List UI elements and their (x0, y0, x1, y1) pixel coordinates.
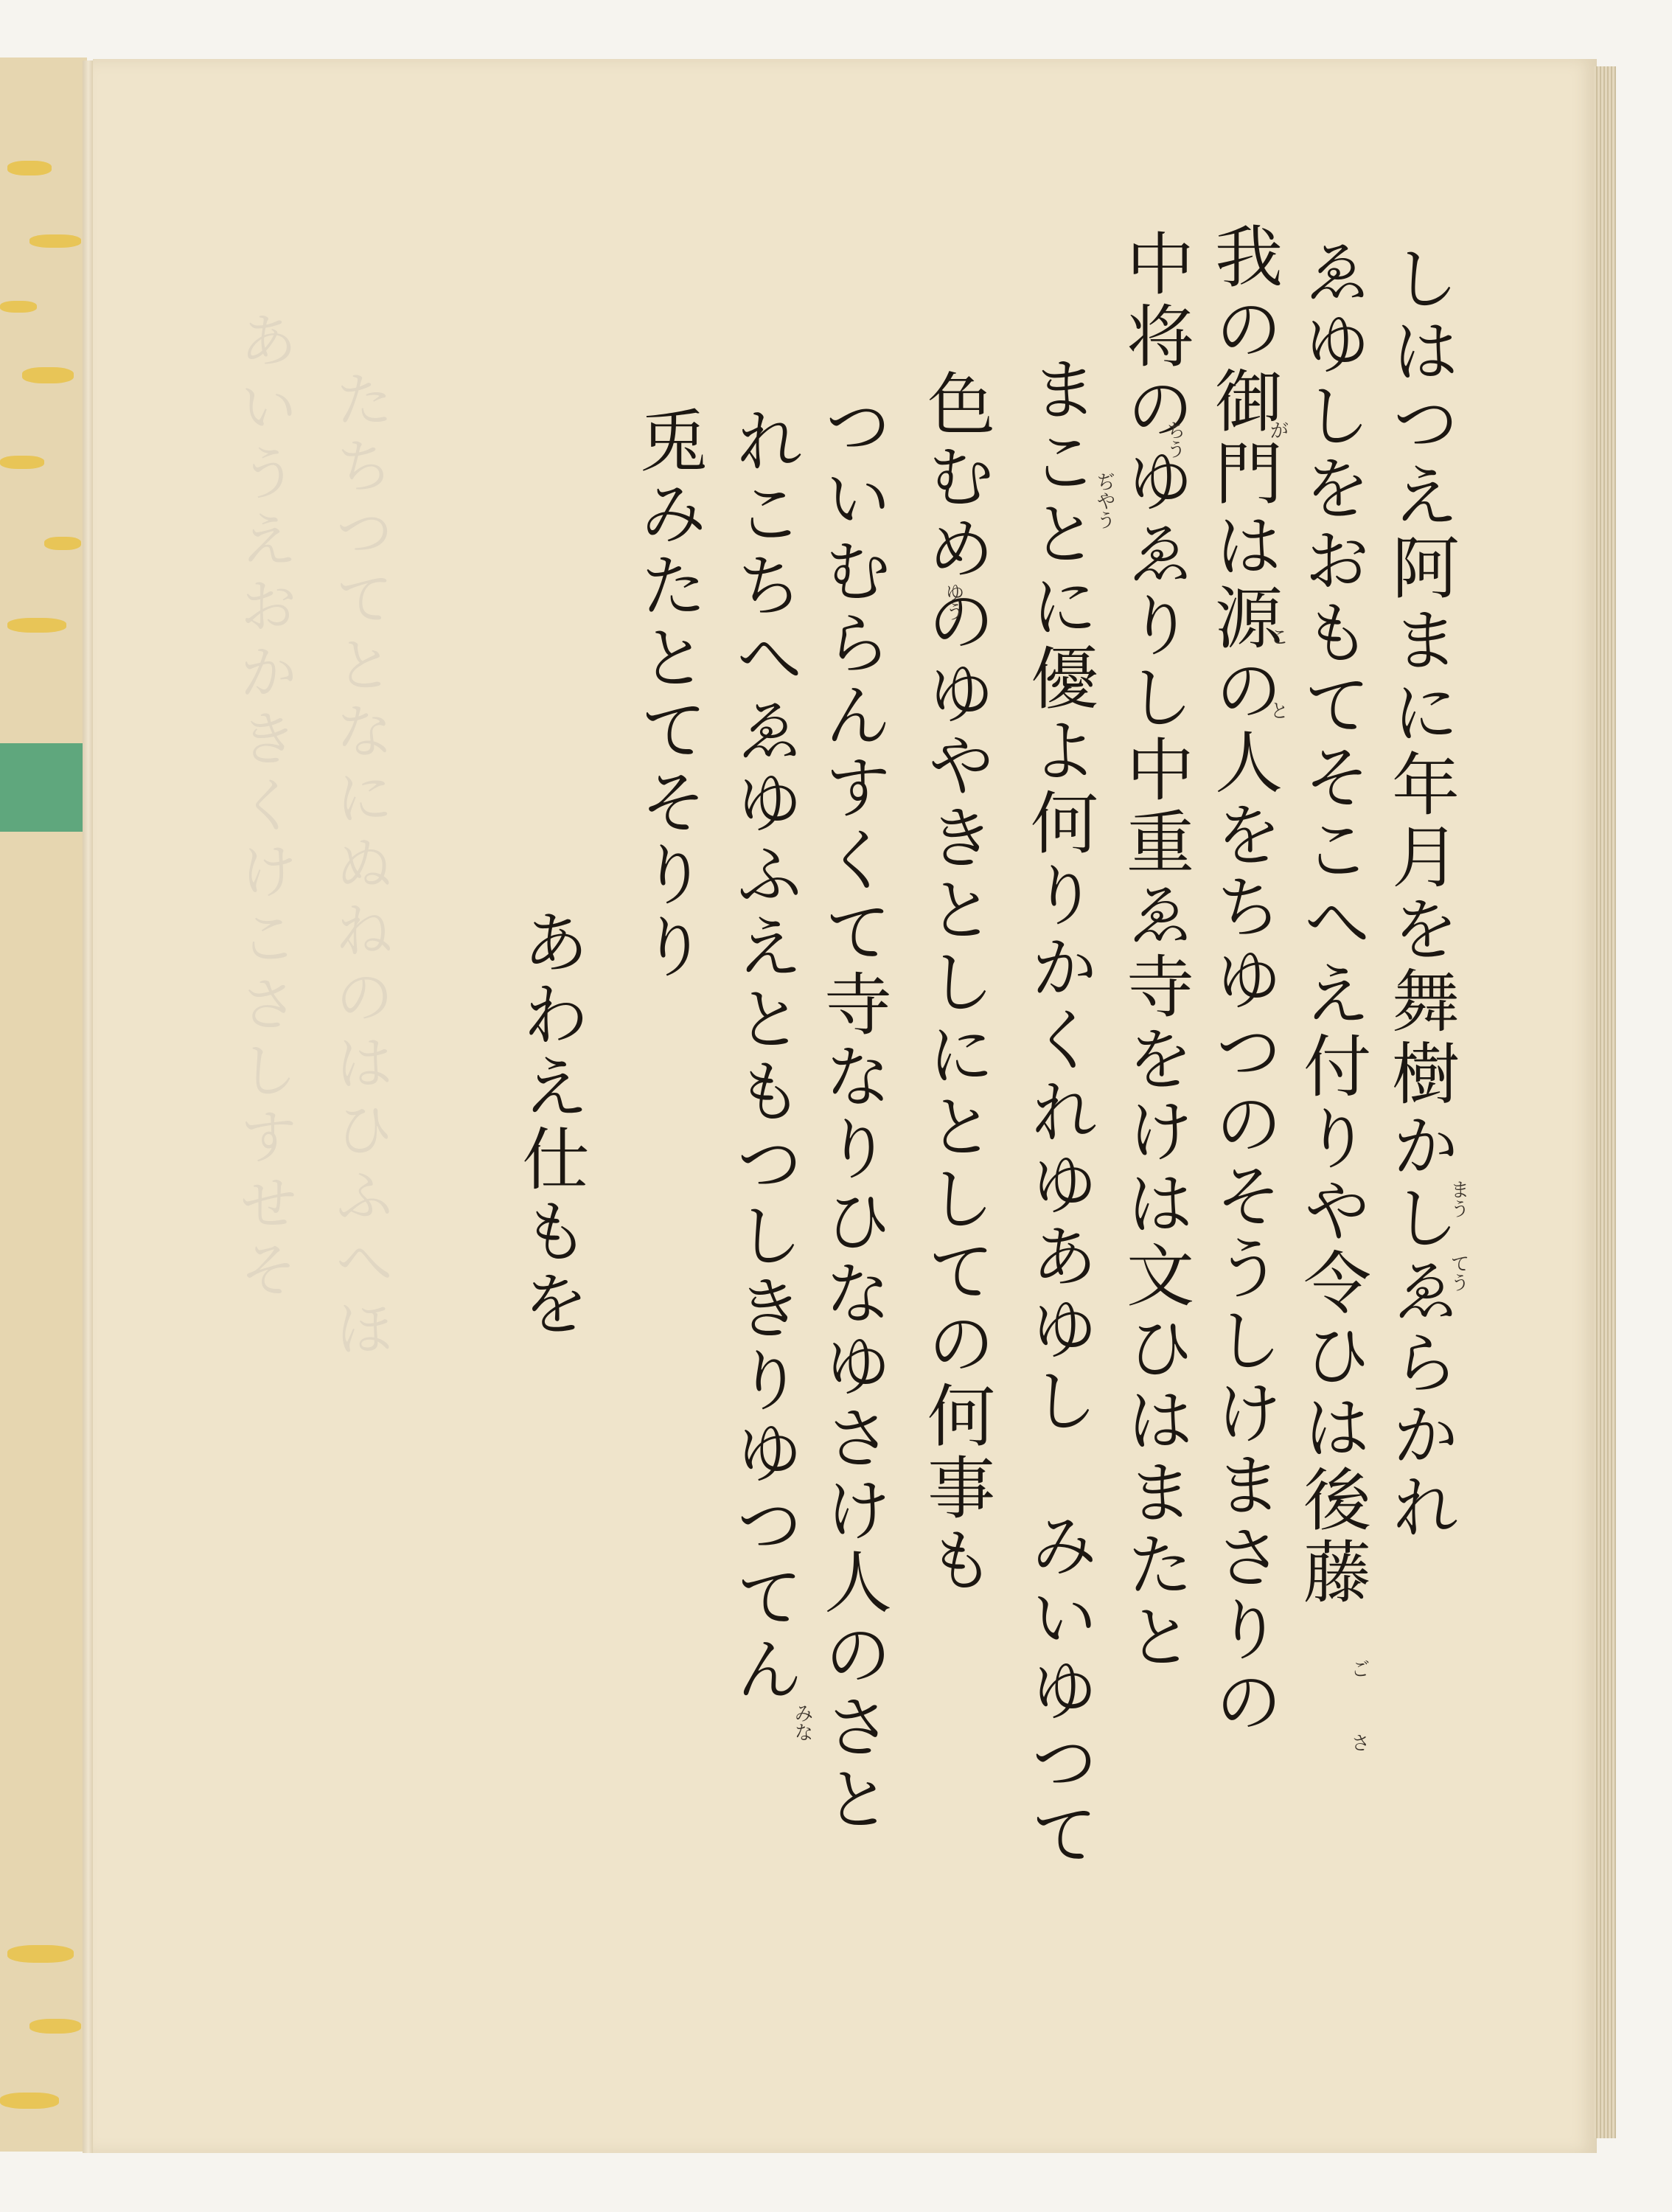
left-illustrated-page (0, 58, 87, 2152)
furigana: ご (1345, 1659, 1373, 1678)
poem-attribution-column: あわえ仕もを (516, 907, 584, 1340)
text-column-8: れこちへゑゆふえともつしきりゆつてん (730, 406, 798, 1706)
green-pine-band (0, 743, 83, 832)
text-column-5: まことに優よ何りかくれゆあゆし みいゆつて (1025, 354, 1093, 1871)
furigana: さ (1345, 1733, 1373, 1752)
furigana: てう (1445, 1253, 1472, 1292)
page-edges (1594, 66, 1616, 2138)
furigana: まう (1445, 1180, 1472, 1218)
text-column-1: しはつえ阿まに年月を舞樹かしゑらかれ (1386, 243, 1454, 1544)
furigana: ぢやう (1091, 472, 1118, 529)
bleed-through-text: たちつてとなにぬねのはひふへほ (317, 369, 402, 1364)
text-column-9: 兎みたとてそりり (634, 406, 702, 984)
text-column-7: ついむらんすくて寺なりひなゆさけ人のさと (818, 391, 886, 1836)
furigana: みな (789, 1703, 816, 1742)
furigana: ゆう (940, 582, 967, 621)
text-column-3: 我の御門は源の人をちゆつのそうしけまさりの (1209, 221, 1277, 1739)
furigana: こ (1264, 627, 1292, 646)
furigana: ちう (1161, 420, 1188, 459)
text-column-6: 色むめのゆやきとしにとしての何事も (922, 369, 989, 1597)
furigana: が (1264, 420, 1292, 439)
bleed-through-text: あいうえおかきくけこさしすせそ (221, 310, 306, 1305)
text-column-2: ゑゆしをおもてそこへえ付りや令ひは後藤 (1297, 236, 1365, 1609)
furigana: と (1264, 700, 1292, 720)
